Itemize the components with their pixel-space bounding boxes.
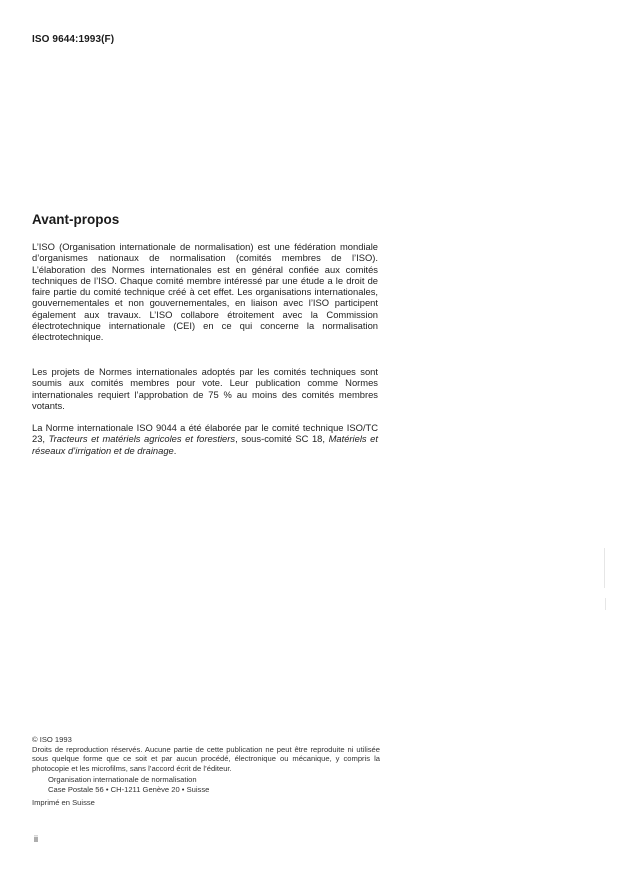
paragraph-text: L’ISO (Organisation internationale de no…: [32, 241, 378, 343]
paragraph-iso-overview: L’ISO (Organisation internationale de no…: [32, 241, 378, 343]
scan-artifact: [604, 548, 605, 588]
paragraph-text: Les projets de Normes internationales ad…: [32, 366, 378, 411]
scan-artifact: [605, 598, 606, 610]
paragraph-text: La Norme internationale ISO 9044 a été é…: [32, 422, 378, 456]
copyright-block: © ISO 1993 Droits de reproduction réserv…: [32, 735, 380, 807]
page-number: ii: [34, 834, 38, 844]
organization-name: Organisation internationale de normalisa…: [48, 775, 380, 785]
committee-title: Tracteurs et matériels agricoles et fore…: [49, 433, 235, 444]
rights-statement: Droits de reproduction réservés. Aucune …: [32, 745, 380, 774]
copyright-notice: © ISO 1993: [32, 735, 380, 745]
document-id: ISO 9644:1993(F): [32, 34, 114, 45]
paragraph-end: .: [174, 445, 177, 456]
paragraph-voting: Les projets de Normes internationales ad…: [32, 366, 378, 411]
printed-in: Imprimé en Suisse: [32, 798, 380, 808]
section-title: Avant-propos: [32, 212, 119, 227]
paragraph-committee: La Norme internationale ISO 9044 a été é…: [32, 422, 378, 456]
postal-address: Case Postale 56 • CH-1211 Genève 20 • Su…: [48, 785, 380, 795]
paragraph-middle: , sous-comité SC 18,: [235, 433, 328, 444]
publisher-address: Organisation internationale de normalisa…: [32, 775, 380, 794]
